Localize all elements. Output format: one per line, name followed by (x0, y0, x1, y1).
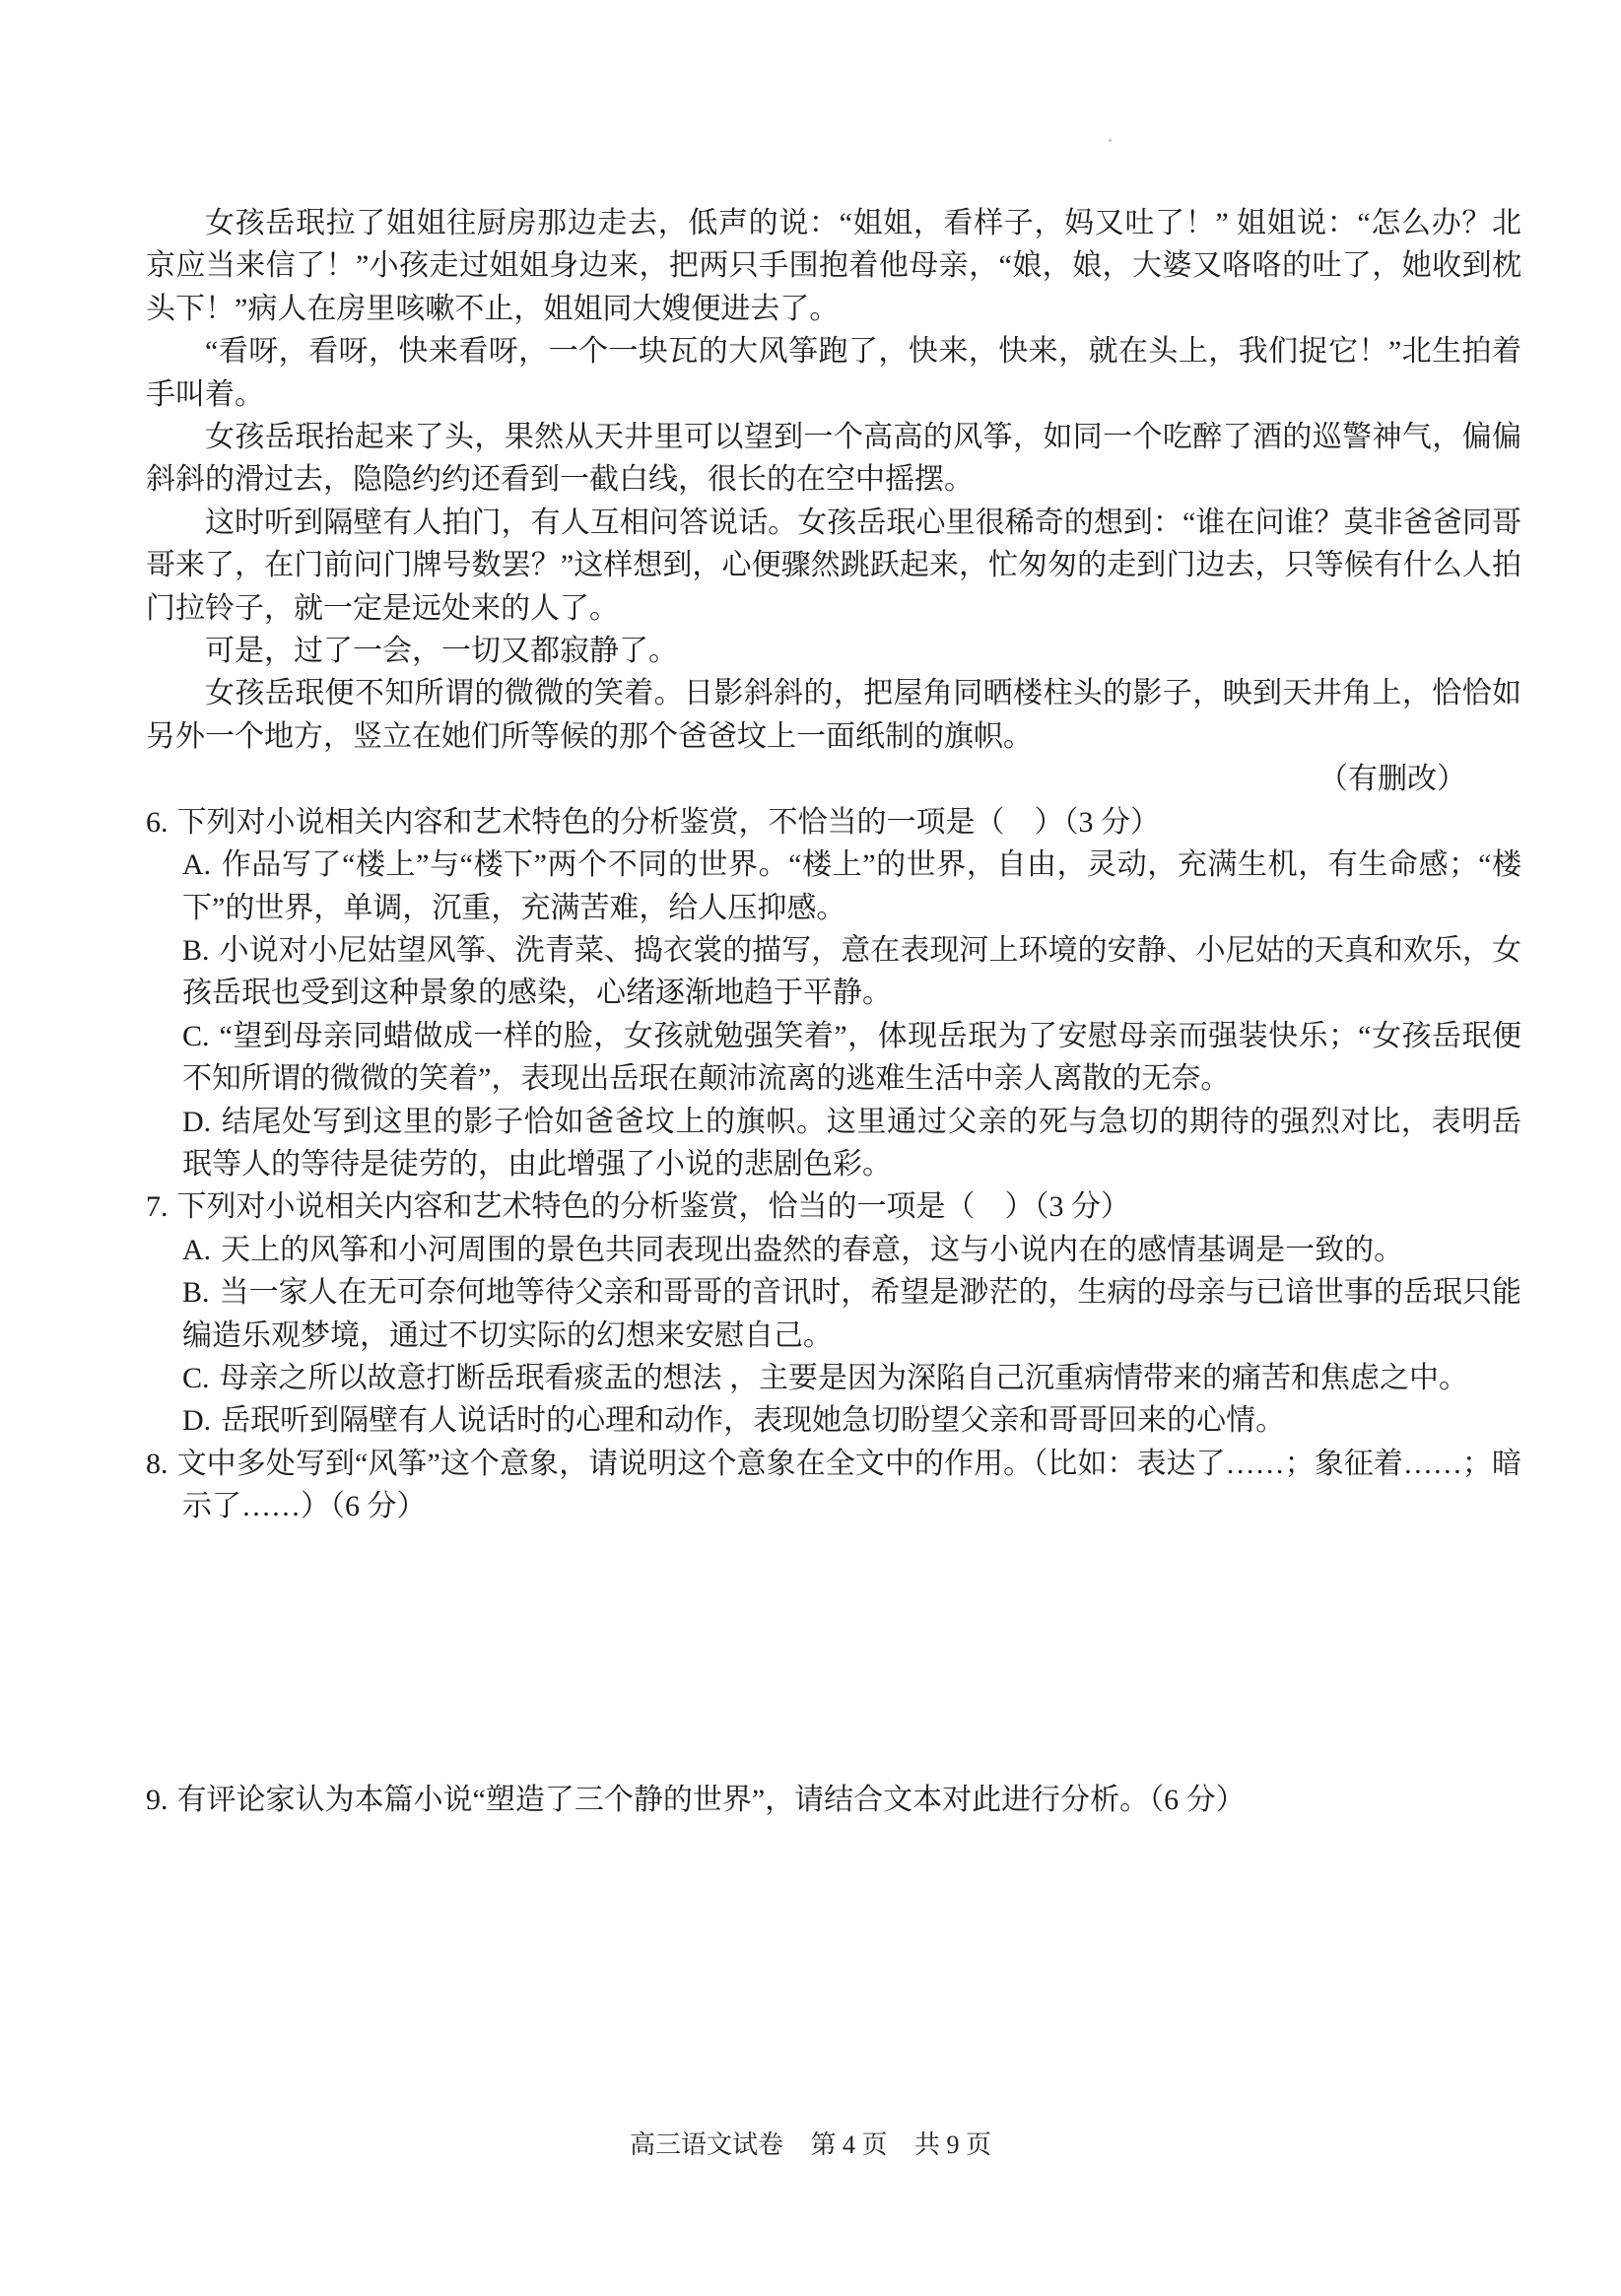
question-6-option-b: B.小说对小尼姑望风筝、洗青菜、捣衣裳的描写，意在表现河上环境的安静、小尼姑的天… (146, 929, 1521, 1015)
option-text: 母亲之所以故意打断岳珉看痰盂的想法 ，主要是因为深陷自己沉重病情带来的痛苦和焦虑… (220, 1362, 1469, 1394)
passage-paragraph: “看呀，看呀，快来看呀，一个一块瓦的大风筝跑了，快来，快来，就在头上，我们捉它！… (146, 330, 1521, 416)
question-7-option-a: A.天上的风筝和小河周围的景色共同表现出盎然的春意，这与小说内在的感情基调是一致… (146, 1229, 1521, 1271)
question-6: 6.下列对小说相关内容和艺术特色的分析鉴赏，不恰当的一项是（ ）（3 分） A.… (146, 801, 1521, 1186)
question-stem-text: 有评论家认为本篇小说“塑造了三个静的世界”，请结合文本对此进行分析。（6 分） (177, 1784, 1246, 1816)
option-text: 当一家人在无可奈何地等待父亲和哥哥的音讯时，希望是渺茫的，生病的母亲与已谙世事的… (182, 1276, 1521, 1351)
question-7-option-d: D.岳珉听到隔壁有人说话时的心理和动作，表现她急切盼望父亲和哥哥回来的心情。 (146, 1399, 1521, 1442)
question-number: 6. (146, 806, 169, 839)
option-text: 天上的风筝和小河周围的景色共同表现出盎然的春意，这与小说内在的感情基调是一致的。 (221, 1234, 1403, 1266)
exam-content: 女孩岳珉拉了姐姐往厨房那边走去，低声的说：“姐姐，看样子，妈又吐了！” 姐姐说：… (146, 202, 1521, 1821)
option-label: B. (182, 934, 210, 967)
footer-exam-title: 高三语文试卷 (630, 2128, 783, 2162)
option-label: A. (182, 848, 211, 881)
option-text: 结尾处写到这里的影子恰如爸爸坟上的旗帜。这里通过父亲的死与急切的期待的强烈对比，… (182, 1106, 1521, 1181)
passage-paragraph: 女孩岳珉便不知所谓的微微的笑着。日影斜斜的，把屋角同晒楼柱头的影子，映到天井角上… (146, 672, 1521, 758)
question-7-option-b: B.当一家人在无可奈何地等待父亲和哥哥的音讯时，希望是渺茫的，生病的母亲与已谙世… (146, 1271, 1521, 1357)
option-label: B. (182, 1276, 210, 1309)
option-label: C. (182, 1020, 210, 1052)
option-label: C. (182, 1362, 210, 1394)
question-6-option-a: A.作品写了“楼上”与“楼下”两个不同的世界。“楼上”的世界，自由，灵动，充满生… (146, 844, 1521, 929)
question-6-stem: 6.下列对小说相关内容和艺术特色的分析鉴赏，不恰当的一项是（ ）（3 分） (146, 801, 1521, 844)
question-stem-text: 下列对小说相关内容和艺术特色的分析鉴赏，恰当的一项是（ ）（3 分） (177, 1190, 1131, 1223)
question-number: 9. (146, 1784, 169, 1816)
question-number: 7. (146, 1190, 169, 1223)
question-7-stem: 7.下列对小说相关内容和艺术特色的分析鉴赏，恰当的一项是（ ）（3 分） (146, 1185, 1521, 1228)
footer-total-pages: 共 9 页 (914, 2128, 991, 2162)
question-9: 9.有评论家认为本篇小说“塑造了三个静的世界”，请结合文本对此进行分析。（6 分… (146, 1779, 1521, 1821)
passage-attribution: （有删改） (146, 758, 1521, 800)
page-footer: 高三语文试卷 第 4 页 共 9 页 (0, 2128, 1621, 2162)
question-8-stem: 8.文中多处写到“风筝”这个意象，请说明这个意象在全文中的作用。（比如：表达了…… (146, 1443, 1521, 1528)
question-8: 8.文中多处写到“风筝”这个意象，请说明这个意象在全文中的作用。（比如：表达了…… (146, 1443, 1521, 1528)
question-number: 8. (146, 1448, 169, 1480)
option-label: D. (182, 1106, 211, 1138)
exam-page: 女孩岳珉拉了姐姐往厨房那边走去，低声的说：“姐姐，看样子，妈又吐了！” 姐姐说：… (0, 0, 1621, 2296)
option-text: “望到母亲同蜡做成一样的脸，女孩就勉强笑着”，体现岳珉为了安慰母亲而强装快乐；“… (182, 1020, 1521, 1095)
footer-page-number: 第 4 页 (810, 2128, 887, 2162)
passage-paragraph: 这时听到隔壁有人拍门，有人互相问答说话。女孩岳珉心里很稀奇的想到：“谁在问谁？莫… (146, 502, 1521, 630)
option-text: 作品写了“楼上”与“楼下”两个不同的世界。“楼上”的世界，自由，灵动，充满生机，… (182, 848, 1521, 923)
option-text: 岳珉听到隔壁有人说话时的心理和动作，表现她急切盼望父亲和哥哥回来的心情。 (221, 1404, 1285, 1437)
question-6-option-d: D.结尾处写到这里的影子恰如爸爸坟上的旗帜。这里通过父亲的死与急切的期待的强烈对… (146, 1101, 1521, 1186)
passage-paragraph: 女孩岳珉拉了姐姐往厨房那边走去，低声的说：“姐姐，看样子，妈又吐了！” 姐姐说：… (146, 202, 1521, 330)
option-text: 小说对小尼姑望风筝、洗青菜、捣衣裳的描写，意在表现河上环境的安静、小尼姑的天真和… (182, 934, 1521, 1009)
question-7: 7.下列对小说相关内容和艺术特色的分析鉴赏，恰当的一项是（ ）（3 分） A.天… (146, 1185, 1521, 1442)
passage-paragraph: 女孩岳珉抬起来了头，果然从天井里可以望到一个高高的风筝，如同一个吃醉了酒的巡警神… (146, 416, 1521, 502)
option-label: D. (182, 1404, 211, 1437)
question-6-option-c: C.“望到母亲同蜡做成一样的脸，女孩就勉强笑着”，体现岳珉为了安慰母亲而强装快乐… (146, 1015, 1521, 1101)
option-label: A. (182, 1234, 211, 1266)
question-7-option-c: C.母亲之所以故意打断岳珉看痰盂的想法 ，主要是因为深陷自己沉重病情带来的痛苦和… (146, 1357, 1521, 1399)
scan-artifact-dot (1109, 139, 1112, 142)
passage: 女孩岳珉拉了姐姐往厨房那边走去，低声的说：“姐姐，看样子，妈又吐了！” 姐姐说：… (146, 202, 1521, 801)
question-9-stem: 9.有评论家认为本篇小说“塑造了三个静的世界”，请结合文本对此进行分析。（6 分… (146, 1779, 1521, 1821)
question-stem-text: 文中多处写到“风筝”这个意象，请说明这个意象在全文中的作用。（比如：表达了……；… (177, 1448, 1522, 1522)
question-stem-text: 下列对小说相关内容和艺术特色的分析鉴赏，不恰当的一项是（ ）（3 分） (177, 806, 1161, 839)
passage-paragraph: 可是，过了一会，一切又都寂静了。 (146, 630, 1521, 672)
